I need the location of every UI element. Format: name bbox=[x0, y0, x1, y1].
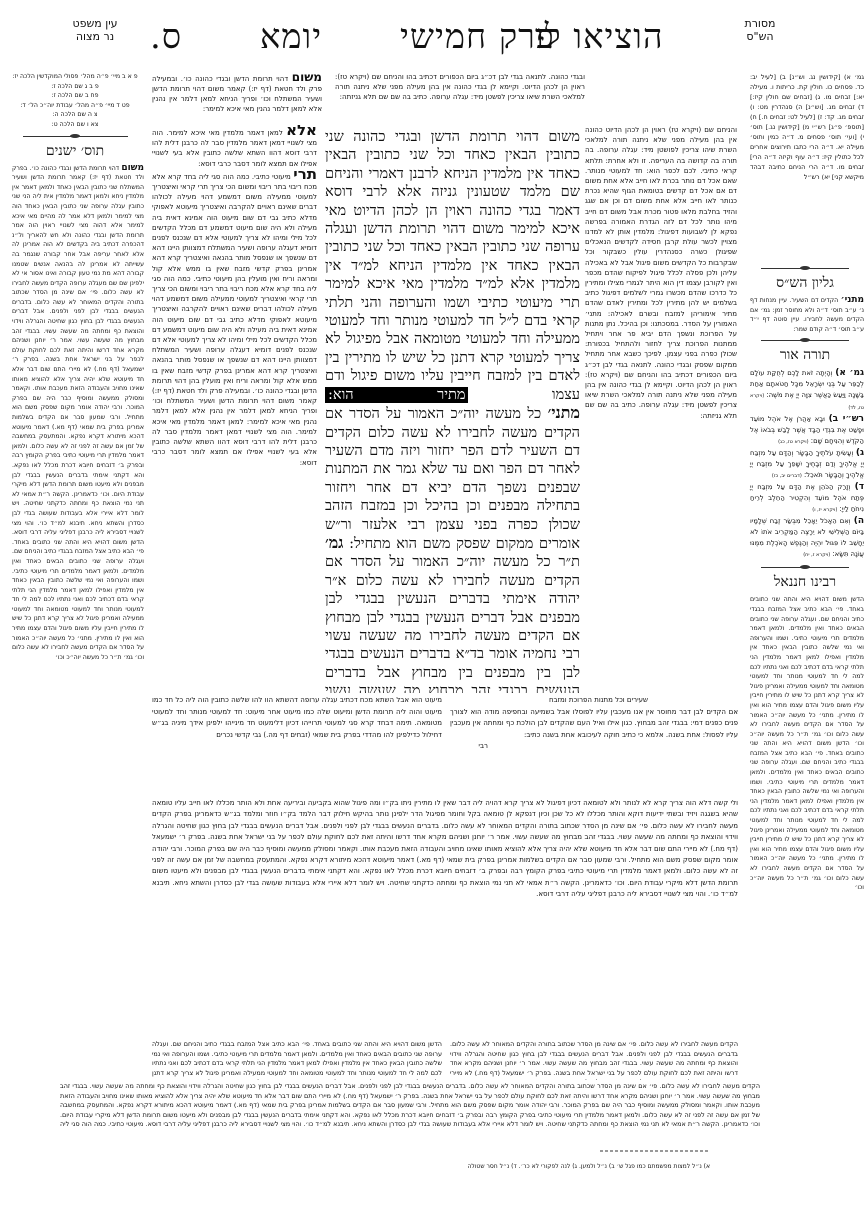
masoret-label-line2: הש"ס bbox=[730, 31, 790, 44]
bottom-left-text: הדשן משום דהויא היא והתה שני כתובים באחד… bbox=[152, 1040, 442, 1080]
tosafot-yeshanim-lead: משום bbox=[121, 164, 144, 173]
gilyon-lead: מתני׳ bbox=[841, 296, 864, 305]
torah-or-entry-ref: (ויקרא יז, ו) bbox=[812, 507, 837, 513]
torah-or-entry-ref: (דברים יב, כז) bbox=[772, 473, 802, 479]
tosafot-full-width: ולי קשה דלא הוה צריך קרא לא לנותר ולא לט… bbox=[152, 798, 738, 1038]
tosafot-yeshanim-body: דהוי תרומת הדשן ובגדי כהונה כו׳. בפרק ול… bbox=[12, 165, 144, 287]
torah-or-entry: ג) וְעָשִׂיתָ עֹלֹתֶיךָ הַבָּשָׂר וְהַדָ… bbox=[750, 448, 864, 482]
tosafot-lead-1: משום bbox=[292, 72, 322, 84]
ein-mishpat-entry: צ ה שם הלכה ה: bbox=[6, 110, 144, 120]
footer-rule bbox=[600, 1150, 710, 1152]
right-outer-column: גמ׳ א) [קידושין נג. וש״נ] ב) [לעיל יב: כ… bbox=[742, 72, 868, 1117]
boxed-phrase: מתיר הוא: bbox=[325, 387, 468, 403]
tosafot-full-text-cont: הקדים מעשה לחבירו לא עשה כלום. פי׳ אם שי… bbox=[152, 810, 738, 898]
rashi-lower-top: שעירים וכל מתנות הפרוכת ומזבח bbox=[450, 695, 738, 707]
torah-or-entry-lead: ה) bbox=[854, 516, 864, 526]
bottom-commentary-full: הקדים מעשה לחבירו לא עשה כלום. פי׳ אם שי… bbox=[60, 1082, 760, 1130]
torah-or-entry-lead: גמ׳ א) bbox=[835, 368, 864, 378]
torah-or-entry-ref: (ויקרא ז, יח) bbox=[803, 552, 830, 558]
masoret-hashas-text: גמ׳ א) [קידושין נג. וש״נ] ב) [לעיל יב: כ… bbox=[742, 72, 868, 262]
gemara-paragraph: משום דהוי תרומת הדשן ובגדי כהונה שני כתו… bbox=[325, 128, 580, 404]
ein-mishpat-label: עין משפט נר מצוה bbox=[60, 18, 130, 43]
rabbenu-hananel-body: הדשן משום דהויא היא והתה שני כתובים באחד… bbox=[750, 596, 864, 747]
footnotes: א) נ״ל למצות מפשמתם כמו פגל ש׳ ב) נ״ל ול… bbox=[360, 1162, 710, 1171]
chapter-name: הוציאו לו bbox=[535, 20, 664, 54]
bottom-right-text: הקדים מעשה לחבירו לא עשה כלום. פי׳ אם שי… bbox=[450, 1040, 738, 1080]
rabbenu-hananel-title: רבינו חננאל bbox=[742, 574, 868, 591]
masoret-hashas-label: מסורת הש"ס bbox=[730, 18, 790, 43]
ein-mishpat-entry: פט ד מיי׳ פ״ה מהל׳ עבודת יוה״כ הל׳ ד: bbox=[6, 101, 144, 111]
rabbenu-hananel-text: הדשן משום דהויא היא והתה שני כתובים באחד… bbox=[742, 595, 868, 895]
rashi-top-band: ובגדי כהונה. לתנאה בגדי לבן דכ״ג ביום הכ… bbox=[335, 72, 585, 122]
torah-or-entry-lead: ג) bbox=[856, 448, 864, 458]
tosafot-column: אלא למאן דאמר מלמדין מאי איכא למימר. הוה… bbox=[152, 125, 317, 690]
ein-mishpat-entry: פ ב ג שם הלכה ז: bbox=[6, 82, 144, 92]
bottom-commentary-left: הדשן משום דהויא היא והתה שני כתובים באחד… bbox=[152, 1040, 442, 1080]
bottom-commentary-right: הקדים מעשה לחבירו לא עשה כלום. פי׳ אם שי… bbox=[450, 1040, 738, 1080]
tosafot-lead-2: אלא bbox=[286, 125, 317, 139]
gemara-text: ת״ר כל מעשה יוה״כ האמור על הסדר אם הקדים… bbox=[325, 554, 580, 693]
mishna-paragraph: מתני׳ כל מעשה יוה״כ האמור על הסדר אם הקד… bbox=[325, 404, 580, 693]
torah-or-entry-ref: (ויקרא טז, כג) bbox=[778, 439, 809, 445]
mishna-lead: מתני׳ bbox=[548, 403, 580, 422]
torah-or-title: תורה אור bbox=[742, 347, 868, 364]
tosafot-text-3: מיעוטי כתיבי. כמה הוה סגי ליה בחד קרא אל… bbox=[152, 173, 317, 283]
bottom-full-text: הקדים מעשה לחבירו לא עשה כלום. פי׳ אם שי… bbox=[60, 1082, 760, 1128]
gilyon-hashas-text: מתני׳ הקדים דם השעיר. עיין מנחות דף נ׳ ע… bbox=[742, 296, 868, 334]
ornament-divider bbox=[761, 340, 849, 341]
ornament-divider bbox=[761, 268, 849, 269]
mishna-text: כל מעשה יוה״כ האמור על הסדר אם הקדים מעש… bbox=[325, 406, 580, 552]
tosafot-lower-text: מיעוט הוא אבל השתא מכח דכתיב עגלה ערופה … bbox=[152, 696, 442, 739]
ein-mishpat-entry: פח ב שם הלכה ז: bbox=[6, 91, 144, 101]
tosafot-yeshanim-title: תוס׳ ישנים bbox=[0, 143, 150, 160]
rashi-column-text-cont: ובגדי כהונה. לתנאה בגדי לבן דכ״ג ביום הכ… bbox=[585, 361, 737, 420]
tosafot-lower-block: מיעוט הוא אבל השתא מכח דכתיב עגלה ערופה … bbox=[152, 695, 442, 795]
ornament-divider bbox=[761, 567, 849, 568]
ein-mishpat-label-line1: עין משפט bbox=[60, 18, 130, 31]
rashi-lower-catchword: רבי bbox=[450, 741, 738, 753]
tosafot-paragraph-2: אלא למאן דאמר מלמדין מאי איכא למימר. הוה… bbox=[152, 125, 317, 169]
folio-number: ס. bbox=[150, 20, 182, 54]
ein-mishpat-label-line2: נר מצוה bbox=[60, 31, 130, 44]
tosafot-text-3-cont: מיעוטי כתיבי. כמה הוה סגי ליה בחד קרא אל… bbox=[152, 275, 317, 385]
left-outer-column: פ א ב מיי׳ פ״ה מהל׳ פסולי המוקדשין הלכה … bbox=[0, 72, 150, 1117]
gilyon-hashas-title: גליון הש״ס bbox=[742, 275, 868, 292]
torah-or-entries: גמ׳ א) וְהָיְתָה זֹאת לָכֶם לְחֻקַּת עוֹ… bbox=[742, 368, 868, 561]
gemara-lead: גמ׳ bbox=[325, 533, 343, 552]
ornament-divider bbox=[23, 136, 128, 137]
ein-mishpat-entries: פ א ב מיי׳ פ״ה מהל׳ פסולי המוקדשין הלכה … bbox=[0, 72, 150, 130]
torah-or-entry-text: וְזָרַק הַכֹּהֵן אֶת הַדָּם עַל מִזְבַּח… bbox=[750, 483, 864, 513]
rashi-top-text: ובגדי כהונה. לתנאה בגדי לבן דכ״ג ביום הכ… bbox=[335, 73, 585, 101]
tractate-name: יומא bbox=[260, 20, 322, 54]
gemara-opening: משום דהוי תרומת הדשן ובגדי כהונה שני כתו… bbox=[325, 129, 580, 403]
tosafot-yeshanim-text: משום דהוי תרומת הדשן ובגדי כהונה כו׳. בפ… bbox=[0, 164, 150, 1114]
tosafot-paragraph-3: תרי מיעוטי כתיבי. כמה הוה סגי ליה בחד קר… bbox=[152, 169, 317, 468]
tosafot-full-text: ולי קשה דלא הוה צריך קרא לא לנותר ולא לט… bbox=[152, 799, 738, 818]
rashi-lower-text: אם הקדים לבן דבר מחוסר אין אנו מעכבין על… bbox=[450, 707, 738, 742]
rabbenu-hananel-body-cont: הדשן משום דהויא היא והתה שני כתובים באחד… bbox=[750, 740, 864, 891]
tosafot-yeshanim-body-cont: הקדים מעשה לחבירו לא עשה כלום. פי׳ אם שי… bbox=[12, 280, 144, 536]
torah-or-entry: גמ׳ א) וְהָיְתָה זֹאת לָכֶם לְחֻקַּת עוֹ… bbox=[750, 368, 864, 414]
torah-or-entry: רש״י ב) וּבָא אַהֲרֹן אֶל אֹהֶל מוֹעֵד ו… bbox=[750, 414, 864, 448]
gemara-main-text: משום דהוי תרומת הדשן ובגדי כהונה שני כתו… bbox=[325, 128, 580, 693]
tosafot-top-band: משום דהוי תרומת הדשן ובגדי כהונה כו׳. וב… bbox=[152, 72, 322, 122]
torah-or-entry: ד) וְזָרַק הַכֹּהֵן אֶת הַדָּם עַל מִזְב… bbox=[750, 482, 864, 516]
tosafot-yeshanim-body-cont2: הדשן משום דהויא היא והתה שני כתובים באחד… bbox=[12, 539, 144, 661]
ein-mishpat-entry: צא ו שם הלכה ט: bbox=[6, 120, 144, 130]
torah-or-entry: ה) וְאִם הֵאָכֹל יֵאָכֵל מִבְּשַׂר זֶבַח… bbox=[750, 516, 864, 561]
rashi-column-text: והניחם שם (ויקרא טז) ראוין הן לכהן הדיוט… bbox=[585, 126, 737, 369]
torah-or-entry-text: וְעָשִׂיתָ עֹלֹתֶיךָ הַבָּשָׂר וְהַדָּם … bbox=[750, 449, 864, 479]
ein-mishpat-entry: פ א ב מיי׳ פ״ה מהל׳ פסולי המוקדשין הלכה … bbox=[6, 72, 144, 82]
rashi-lower-block: שעירים וכל מתנות הפרוכת ומזבח אם הקדים ל… bbox=[450, 695, 738, 795]
masoret-label-line1: מסורת bbox=[730, 18, 790, 31]
chapter-number: פרק חמישי bbox=[400, 20, 555, 54]
torah-or-entry-lead: רש״י ב) bbox=[829, 414, 864, 424]
rashi-column: והניחם שם (ויקרא טז) ראוין הן לכהן הדיוט… bbox=[585, 125, 737, 690]
torah-or-entry-lead: ד) bbox=[855, 482, 864, 492]
tosafot-lead-3: תרי bbox=[293, 165, 317, 183]
